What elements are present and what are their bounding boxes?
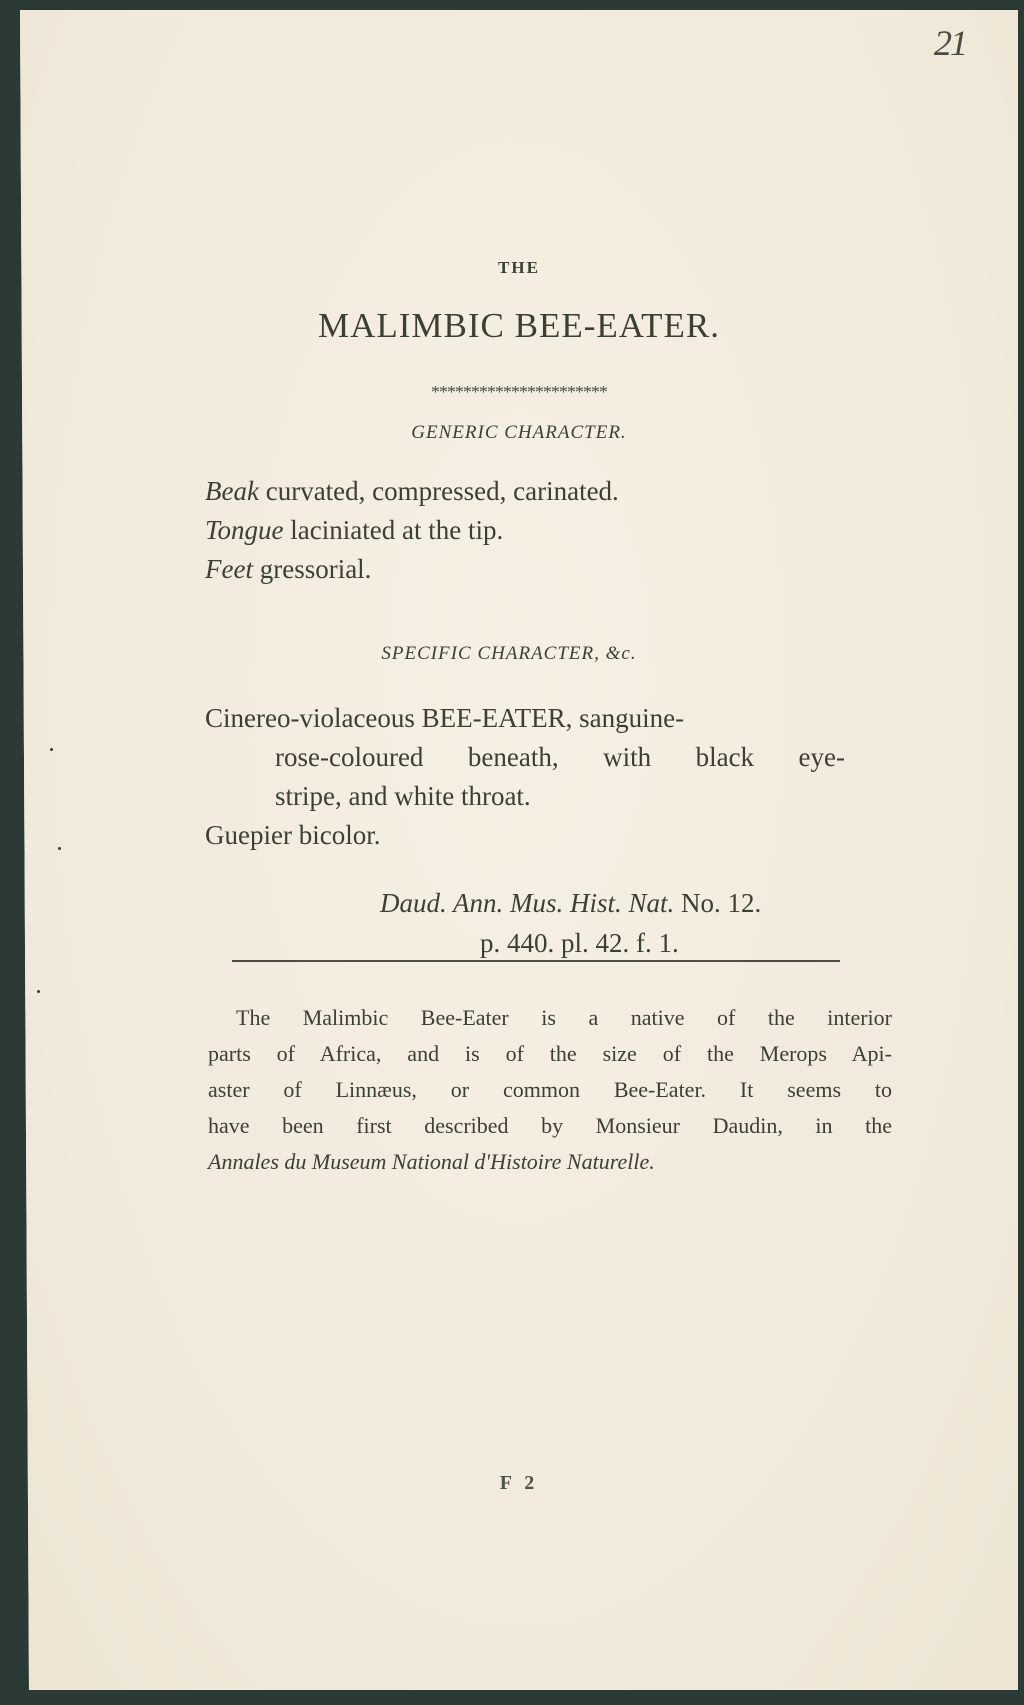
specific-line-3: stripe, and white throat. <box>205 777 845 816</box>
horizontal-rule <box>232 960 840 962</box>
signature-mark: F 2 <box>20 1472 1018 1495</box>
generic-character-heading: GENERIC CHARACTER. <box>20 422 1018 444</box>
citation-line-2: p. 440. pl. 42. f. 1. <box>480 928 679 959</box>
generic-line-feet: Feet gressorial. <box>205 550 619 589</box>
ink-speck <box>50 748 53 751</box>
description-line: parts of Africa, and is of the size of t… <box>208 1036 892 1072</box>
generic-character-list: Beak curvated, compressed, carinated. To… <box>205 472 619 589</box>
heading-the: THE <box>20 258 1018 278</box>
description-line: aster of Linnæus, or common Bee-Eater. I… <box>208 1072 892 1108</box>
specific-character-block: Cinereo-violaceous BEE-EATER, sanguine- … <box>205 699 845 855</box>
synonym: Guepier bicolor. <box>205 816 845 855</box>
book-page: 21 THE MALIMBIC BEE-EATER. *************… <box>20 10 1018 1690</box>
ink-speck <box>58 847 61 850</box>
term-tongue: Tongue <box>205 515 284 545</box>
page-title: MALIMBIC BEE-EATER. <box>20 306 1018 346</box>
description-line: have been first described by Monsieur Da… <box>208 1108 892 1144</box>
citation-source: Daud. Ann. Mus. Hist. Nat. <box>380 888 674 918</box>
specific-line-2: rose-coloured beneath, with black eye- <box>205 738 845 777</box>
description-line: The Malimbic Bee-Eater is a native of th… <box>208 1000 892 1036</box>
citation-number: No. 12. <box>674 888 761 918</box>
ink-speck <box>37 990 40 993</box>
description-line-italic: Annales du Museum National d'Histoire Na… <box>208 1144 892 1180</box>
specific-character-heading: SPECIFIC CHARACTER, &c. <box>0 643 1018 665</box>
citation-line-1: Daud. Ann. Mus. Hist. Nat. No. 12. <box>380 888 761 919</box>
asterisk-ornament: ********************** <box>20 382 1018 403</box>
generic-line-beak: Beak curvated, compressed, carinated. <box>205 472 619 511</box>
generic-line-tongue: Tongue laciniated at the tip. <box>205 511 619 550</box>
page-number: 21 <box>934 22 966 64</box>
term-feet: Feet <box>205 554 253 584</box>
description-paragraph: The Malimbic Bee-Eater is a native of th… <box>208 1000 892 1180</box>
term-beak: Beak <box>205 476 259 506</box>
specific-line-1: Cinereo-violaceous BEE-EATER, sanguine- <box>205 699 845 738</box>
